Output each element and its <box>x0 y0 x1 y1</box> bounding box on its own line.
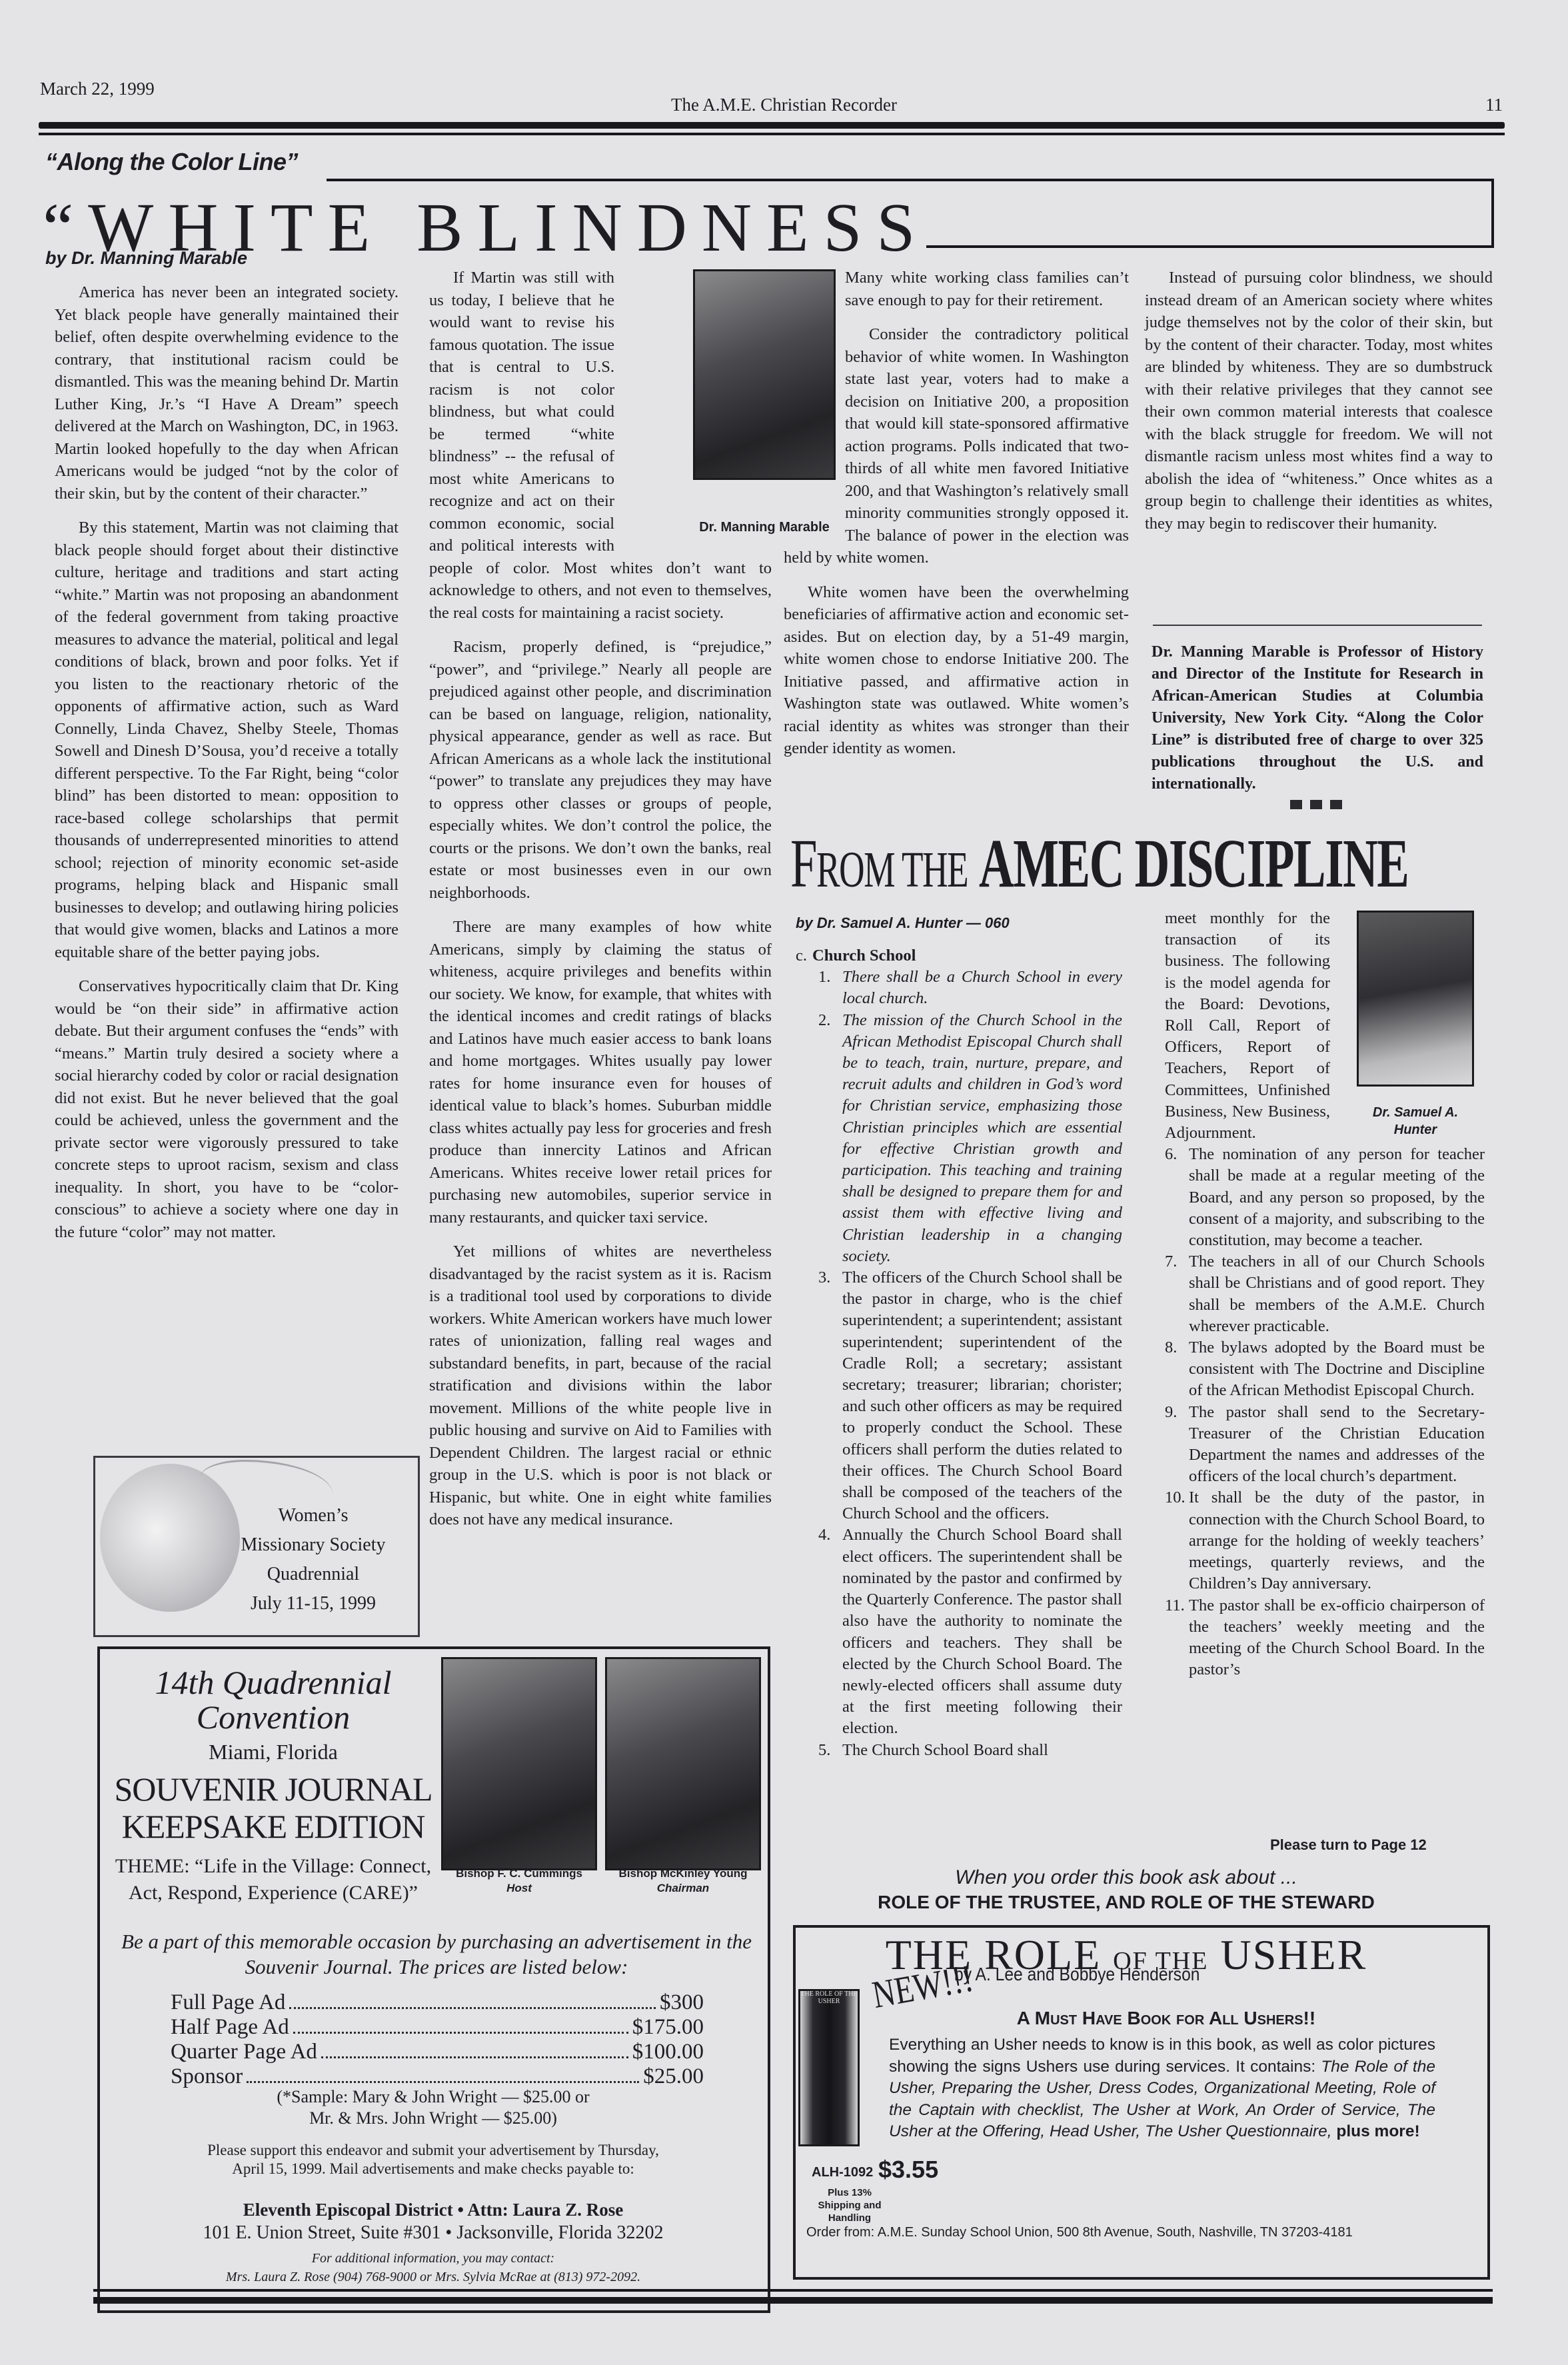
price-row: Quarter Page Ad$100.00 <box>171 2040 704 2064</box>
book-price: $3.55 <box>878 2156 938 2184</box>
title-small: ROM THE <box>816 842 968 898</box>
sponsor-sample: (*Sample: Mary & John Wright — $25.00 or… <box>200 2086 666 2129</box>
list-item: 8.The bylaws adopted by the Board must b… <box>1165 1337 1485 1402</box>
discipline-column-left: c.Church School 1.There shall be a Churc… <box>796 945 1122 1761</box>
section-heading: c.Church School <box>796 945 1122 967</box>
footer-rule-thin <box>93 2289 1493 2292</box>
book-cover-image <box>798 1989 860 2146</box>
masthead-rule-thick <box>39 122 1505 129</box>
price-row: Sponsor$25.00 <box>171 2064 704 2089</box>
masthead-rule-thin <box>39 133 1505 135</box>
paragraph: America has never been an integrated soc… <box>55 281 398 505</box>
ad-price-list: Full Page Ad$300 Half Page Ad$175.00 Qua… <box>171 1990 704 2089</box>
convention-title: 14th Quadrennial Convention <box>107 1665 440 1734</box>
photo-wrap-spacer <box>614 267 772 545</box>
list-item: 10.It shall be the duty of the pastor, i… <box>1165 1487 1485 1594</box>
bishop-cummings-photo <box>441 1657 597 1870</box>
photo-wrap-spacer <box>1330 908 1485 1128</box>
article-column-2: If Martin was still with us today, I bel… <box>429 267 772 1543</box>
headline-rule <box>926 245 1494 248</box>
wms-dates: July 11-15, 1999 <box>213 1589 413 1618</box>
shipping-note: Plus 13% Shipping and Handling <box>806 2186 893 2224</box>
convention-city: Miami, Florida <box>107 1740 440 1764</box>
price-row: Half Page Ad$175.00 <box>171 2015 704 2040</box>
bishop-cummings-caption: Bishop F. C. Cummings Host <box>436 1866 602 1896</box>
submission-instructions: Please support this endeavor and submit … <box>200 2141 666 2178</box>
book-authors: by A. Lee and Bobbye Henderson <box>954 1964 1200 1985</box>
contact-info: For additional information, you may cont… <box>147 2249 720 2286</box>
convention-theme: THEME: “Life in the Village: Connect, Ac… <box>107 1853 440 1906</box>
article-column-3: Many white working class families can’t … <box>784 267 1129 772</box>
paragraph: Instead of pursuing color blindness, we … <box>1145 267 1493 535</box>
paragraph: There are many examples of how white Ame… <box>429 916 772 1228</box>
title-big: AMEC DISCIPLINE <box>979 825 1408 902</box>
list-item: 5.The Church School Board shall <box>796 1740 1122 1761</box>
price-row: Full Page Ad$300 <box>171 1990 704 2015</box>
footer-rule-thick <box>93 2297 1493 2304</box>
discipline-list-left: 1.There shall be a Church School in ever… <box>796 967 1122 1761</box>
book-sku: ALH-1092 <box>812 2165 873 2180</box>
article-byline: by Dr. Manning Marable <box>45 248 247 269</box>
paragraph: Conservatives hypocritically claim that … <box>55 975 398 1243</box>
list-item: 2.The mission of the Church School in th… <box>796 1010 1122 1267</box>
list-item: 7.The teachers in all of our Church Scho… <box>1165 1251 1485 1337</box>
end-of-article-marks <box>1290 800 1342 809</box>
article-column-1: America has never been an integrated soc… <box>55 281 398 1255</box>
paragraph: By this statement, Martin was not claimi… <box>55 517 398 963</box>
list-item: 11.The pastor shall be ex-officio chairp… <box>1165 1595 1485 1681</box>
advertisement-pitch: Be a part of this memorable occasion by … <box>107 1929 766 1980</box>
usher-ask-line: When you order this book ask about ... <box>793 1866 1459 1889</box>
section-rule-end <box>1491 179 1494 247</box>
paragraph: Racism, properly defined, is “prejudice,… <box>429 636 772 904</box>
payee-attn: Eleventh Episcopal District • Attn: Laur… <box>147 2200 720 2220</box>
photo-wrap-spacer <box>784 267 845 545</box>
page-number: 11 <box>1485 95 1503 115</box>
list-item: 1.There shall be a Church School in ever… <box>796 967 1122 1009</box>
paragraph: White women have been the overwhelming b… <box>784 581 1129 760</box>
list-item: 4.Annually the Church School Board shall… <box>796 1524 1122 1739</box>
list-item: 3.The officers of the Church School shal… <box>796 1267 1122 1524</box>
discipline-title: FROM THE AMEC DISCIPLINE <box>790 829 1408 899</box>
section-rule <box>327 179 1493 181</box>
discipline-list-right: 6.The nomination of any person for teach… <box>1165 1144 1485 1680</box>
list-item: 9.The pastor shall send to the Secretary… <box>1165 1402 1485 1488</box>
article-column-4: Instead of pursuing color blindness, we … <box>1145 267 1493 547</box>
related-books: ROLE OF THE TRUSTEE, AND ROLE OF THE STE… <box>793 1892 1459 1913</box>
order-address: Order from: A.M.E. Sunday School Union, … <box>806 2225 1473 2240</box>
continued-on-page-link: Please turn to Page 12 <box>1270 1836 1427 1854</box>
paragraph: Yet millions of whites are nevertheless … <box>429 1240 772 1531</box>
title-initial: F <box>790 825 816 902</box>
souvenir-journal-heading: SOUVENIR JOURNAL KEEPSAKE EDITION <box>107 1770 440 1845</box>
book-tagline: A Must Have Book for All Ushers!! <box>900 2008 1433 2029</box>
book-cover-label: THE ROLE OF THE USHER <box>800 1990 858 2005</box>
list-item: 6.The nomination of any person for teach… <box>1165 1144 1485 1251</box>
bishop-young-photo <box>605 1657 761 1870</box>
bishop-young-caption: Bishop McKinley Young Chairman <box>600 1866 766 1896</box>
column-series-label: “Along the Color Line” <box>45 148 298 176</box>
discipline-column-right: meet monthly for the transaction of its … <box>1165 908 1485 1680</box>
bio-divider <box>1153 625 1482 626</box>
payee-address: 101 E. Union Street, Suite #301 • Jackso… <box>147 2222 720 2244</box>
discipline-byline: by Dr. Samuel A. Hunter — 060 <box>796 915 1010 932</box>
book-description: Everything an Usher needs to know is in … <box>889 2034 1435 2143</box>
wms-ad-text: Women’s Missionary Society Quadrennial J… <box>213 1501 413 1618</box>
publication-title: The A.M.E. Christian Recorder <box>0 95 1568 115</box>
author-bio: Dr. Manning Marable is Professor of Hist… <box>1152 641 1483 795</box>
